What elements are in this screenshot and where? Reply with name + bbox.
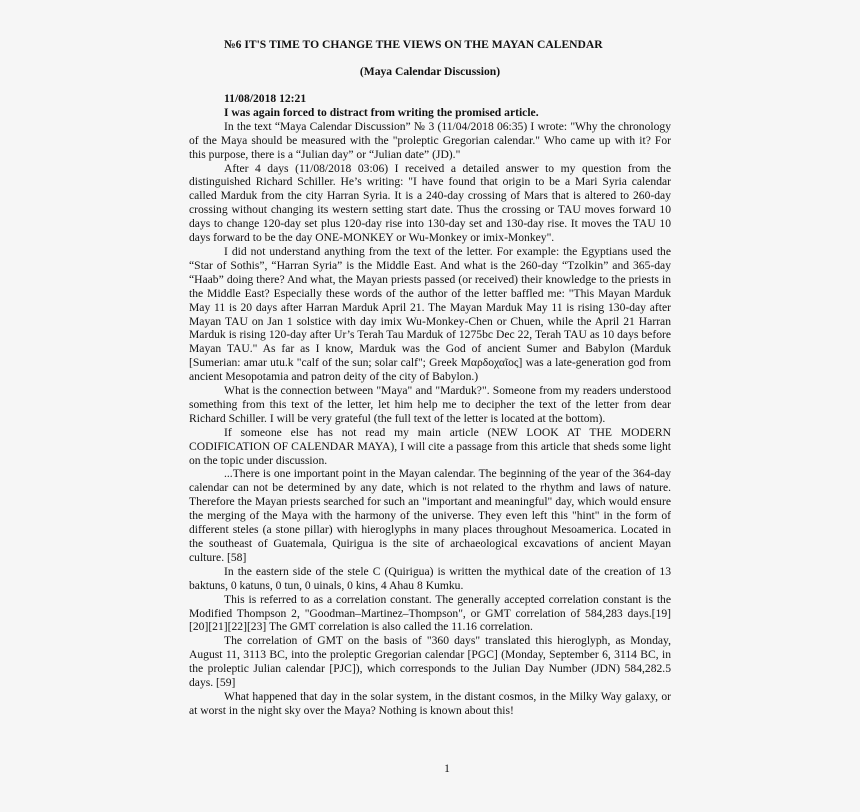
paragraph-6-quoted-passage: ...There is one important point in the M… (189, 467, 671, 564)
paragraph-7: In the eastern side of the stele C (Quir… (189, 565, 671, 593)
document-title: №6 IT'S TIME TO CHANGE THE VIEWS ON THE … (189, 38, 671, 52)
paragraph-10: What happened that day in the solar syst… (189, 690, 671, 718)
paragraph-1: In the text “Maya Calendar Discussion” №… (189, 120, 671, 162)
paragraph-8: This is referred to as a correlation con… (189, 593, 671, 635)
paragraph-9: The correlation of GMT on the basis of "… (189, 634, 671, 690)
document-page: №6 IT'S TIME TO CHANGE THE VIEWS ON THE … (189, 38, 671, 718)
document-subtitle: (Maya Calendar Discussion) (189, 65, 671, 79)
lead-sentence: I was again forced to distract from writ… (189, 106, 671, 120)
page-number: 1 (0, 762, 860, 775)
paragraph-3: I did not understand anything from the t… (189, 245, 671, 384)
paragraph-2: After 4 days (11/08/2018 03:06) I receiv… (189, 162, 671, 245)
paragraph-5: If someone else has not read my main art… (189, 426, 671, 468)
paragraph-4: What is the connection between "Maya" an… (189, 384, 671, 426)
post-dateline: 11/08/2018 12:21 (189, 92, 671, 106)
